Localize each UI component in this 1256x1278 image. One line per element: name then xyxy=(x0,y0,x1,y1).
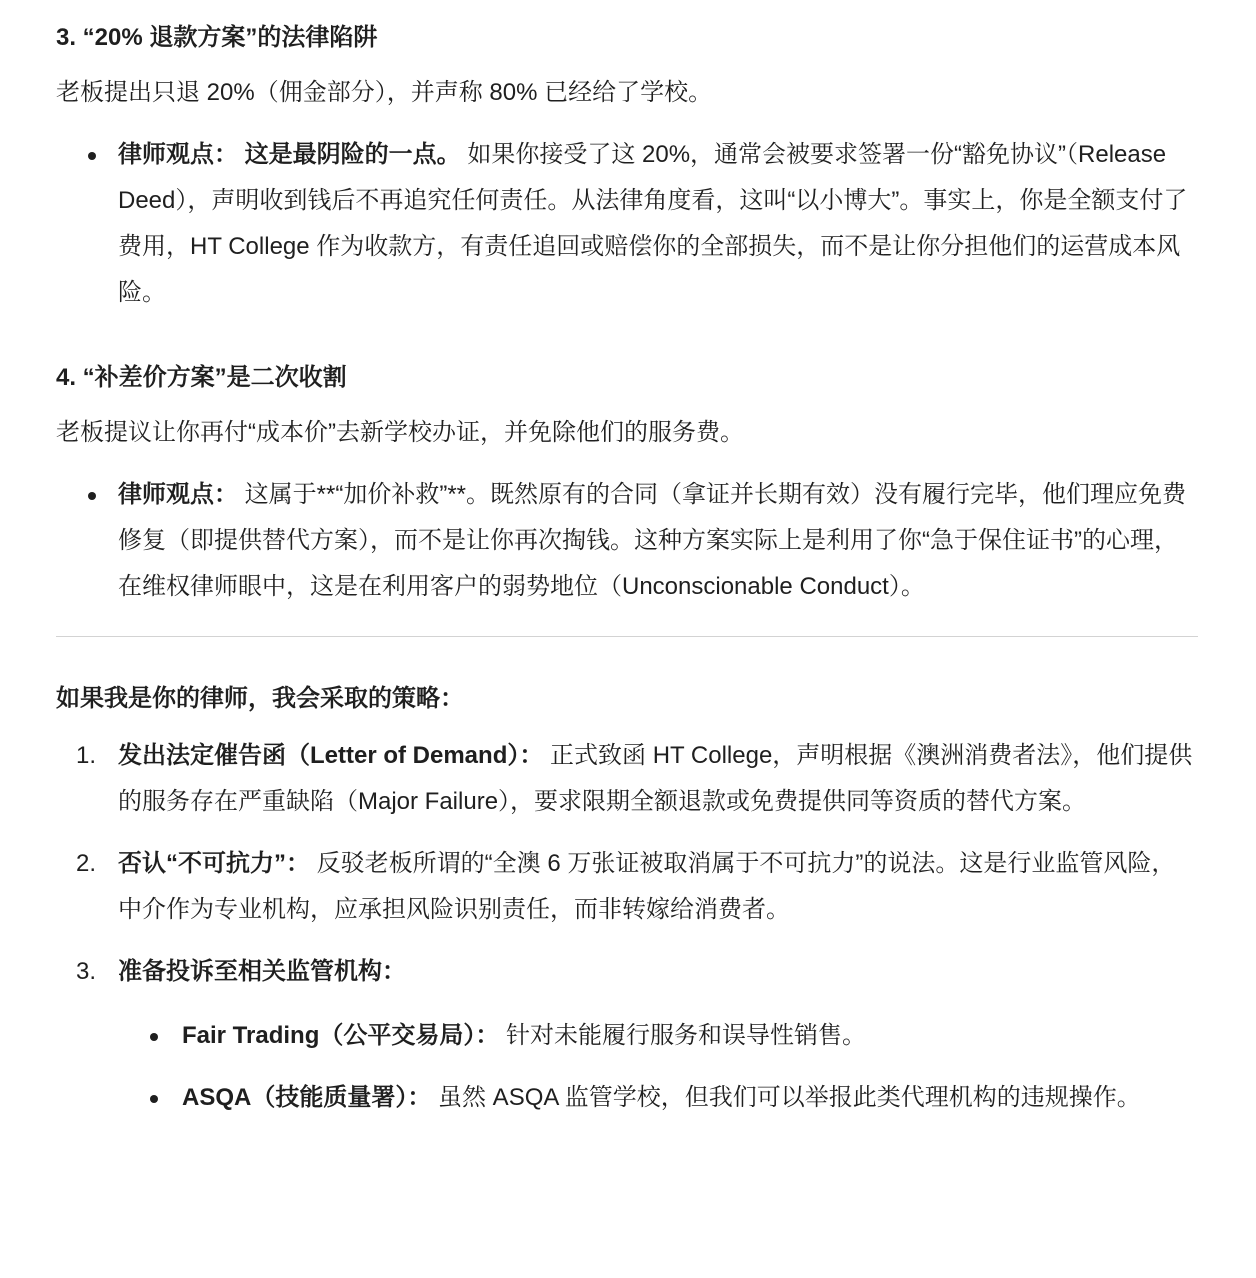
bullet-label: 律师观点： xyxy=(118,481,238,508)
regulator-list: Fair Trading（公平交易局）： 针对未能履行服务和误导性销售。 ASQ… xyxy=(56,1013,1198,1121)
item-label: 准备投诉至相关监管机构： xyxy=(118,958,406,985)
list-item: 3. 准备投诉至相关监管机构： Fair Trading（公平交易局）： 针对未… xyxy=(56,949,1198,1121)
item-label: 发出法定催告函（Letter of Demand）： xyxy=(118,742,543,769)
bullet-label: 律师观点： xyxy=(118,141,238,168)
document-content: 3. “20% 退款方案”的法律陷阱 老板提出只退 20%（佣金部分），并声称 … xyxy=(0,0,1256,1121)
list-number: 2. xyxy=(76,841,110,887)
regulator-label: Fair Trading（公平交易局）： xyxy=(182,1022,499,1049)
bullet-emphasis: 这是最阴险的一点。 xyxy=(245,141,461,168)
list-item: 律师观点： 这是最阴险的一点。 如果你接受了这 20%，通常会被要求签署一份“豁… xyxy=(56,132,1198,316)
section-4-intro: 老板提议让你再付“成本价”去新学校办证，并免除他们的服务费。 xyxy=(56,410,1198,456)
regulator-text: 针对未能履行服务和误导性销售。 xyxy=(506,1022,866,1049)
list-item: 1. 发出法定催告函（Letter of Demand）： 正式致函 HT Co… xyxy=(56,733,1198,825)
list-item: 律师观点： 这属于**“加价补救”**。既然原有的合同（拿证并长期有效）没有履行… xyxy=(56,472,1198,610)
section-4-heading: 4. “补差价方案”是二次收割 xyxy=(56,358,1198,398)
strategy-heading: 如果我是你的律师，我会采取的策略： xyxy=(56,679,1198,719)
regulator-label: ASQA（技能质量署）： xyxy=(182,1084,431,1111)
list-item: 2. 否认“不可抗力”： 反驳老板所谓的“全澳 6 万张证被取消属于不可抗力”的… xyxy=(56,841,1198,933)
bullet-text: 这属于**“加价补救”**。既然原有的合同（拿证并长期有效）没有履行完毕，他们理… xyxy=(118,481,1186,600)
section-3-heading: 3. “20% 退款方案”的法律陷阱 xyxy=(56,18,1198,58)
section-4-bullet-list: 律师观点： 这属于**“加价补救”**。既然原有的合同（拿证并长期有效）没有履行… xyxy=(56,472,1198,610)
strategy-list: 1. 发出法定催告函（Letter of Demand）： 正式致函 HT Co… xyxy=(56,733,1198,1121)
section-3-bullet-list: 律师观点： 这是最阴险的一点。 如果你接受了这 20%，通常会被要求签署一份“豁… xyxy=(56,132,1198,316)
regulator-text: 虽然 ASQA 监管学校，但我们可以举报此类代理机构的违规操作。 xyxy=(438,1084,1141,1111)
section-3-intro: 老板提出只退 20%（佣金部分），并声称 80% 已经给了学校。 xyxy=(56,70,1198,116)
list-item: ASQA（技能质量署）： 虽然 ASQA 监管学校，但我们可以举报此类代理机构的… xyxy=(118,1075,1198,1121)
item-label: 否认“不可抗力”： xyxy=(118,850,310,877)
list-item: Fair Trading（公平交易局）： 针对未能履行服务和误导性销售。 xyxy=(118,1013,1198,1059)
list-number: 3. xyxy=(76,949,110,995)
list-number: 1. xyxy=(76,733,110,779)
